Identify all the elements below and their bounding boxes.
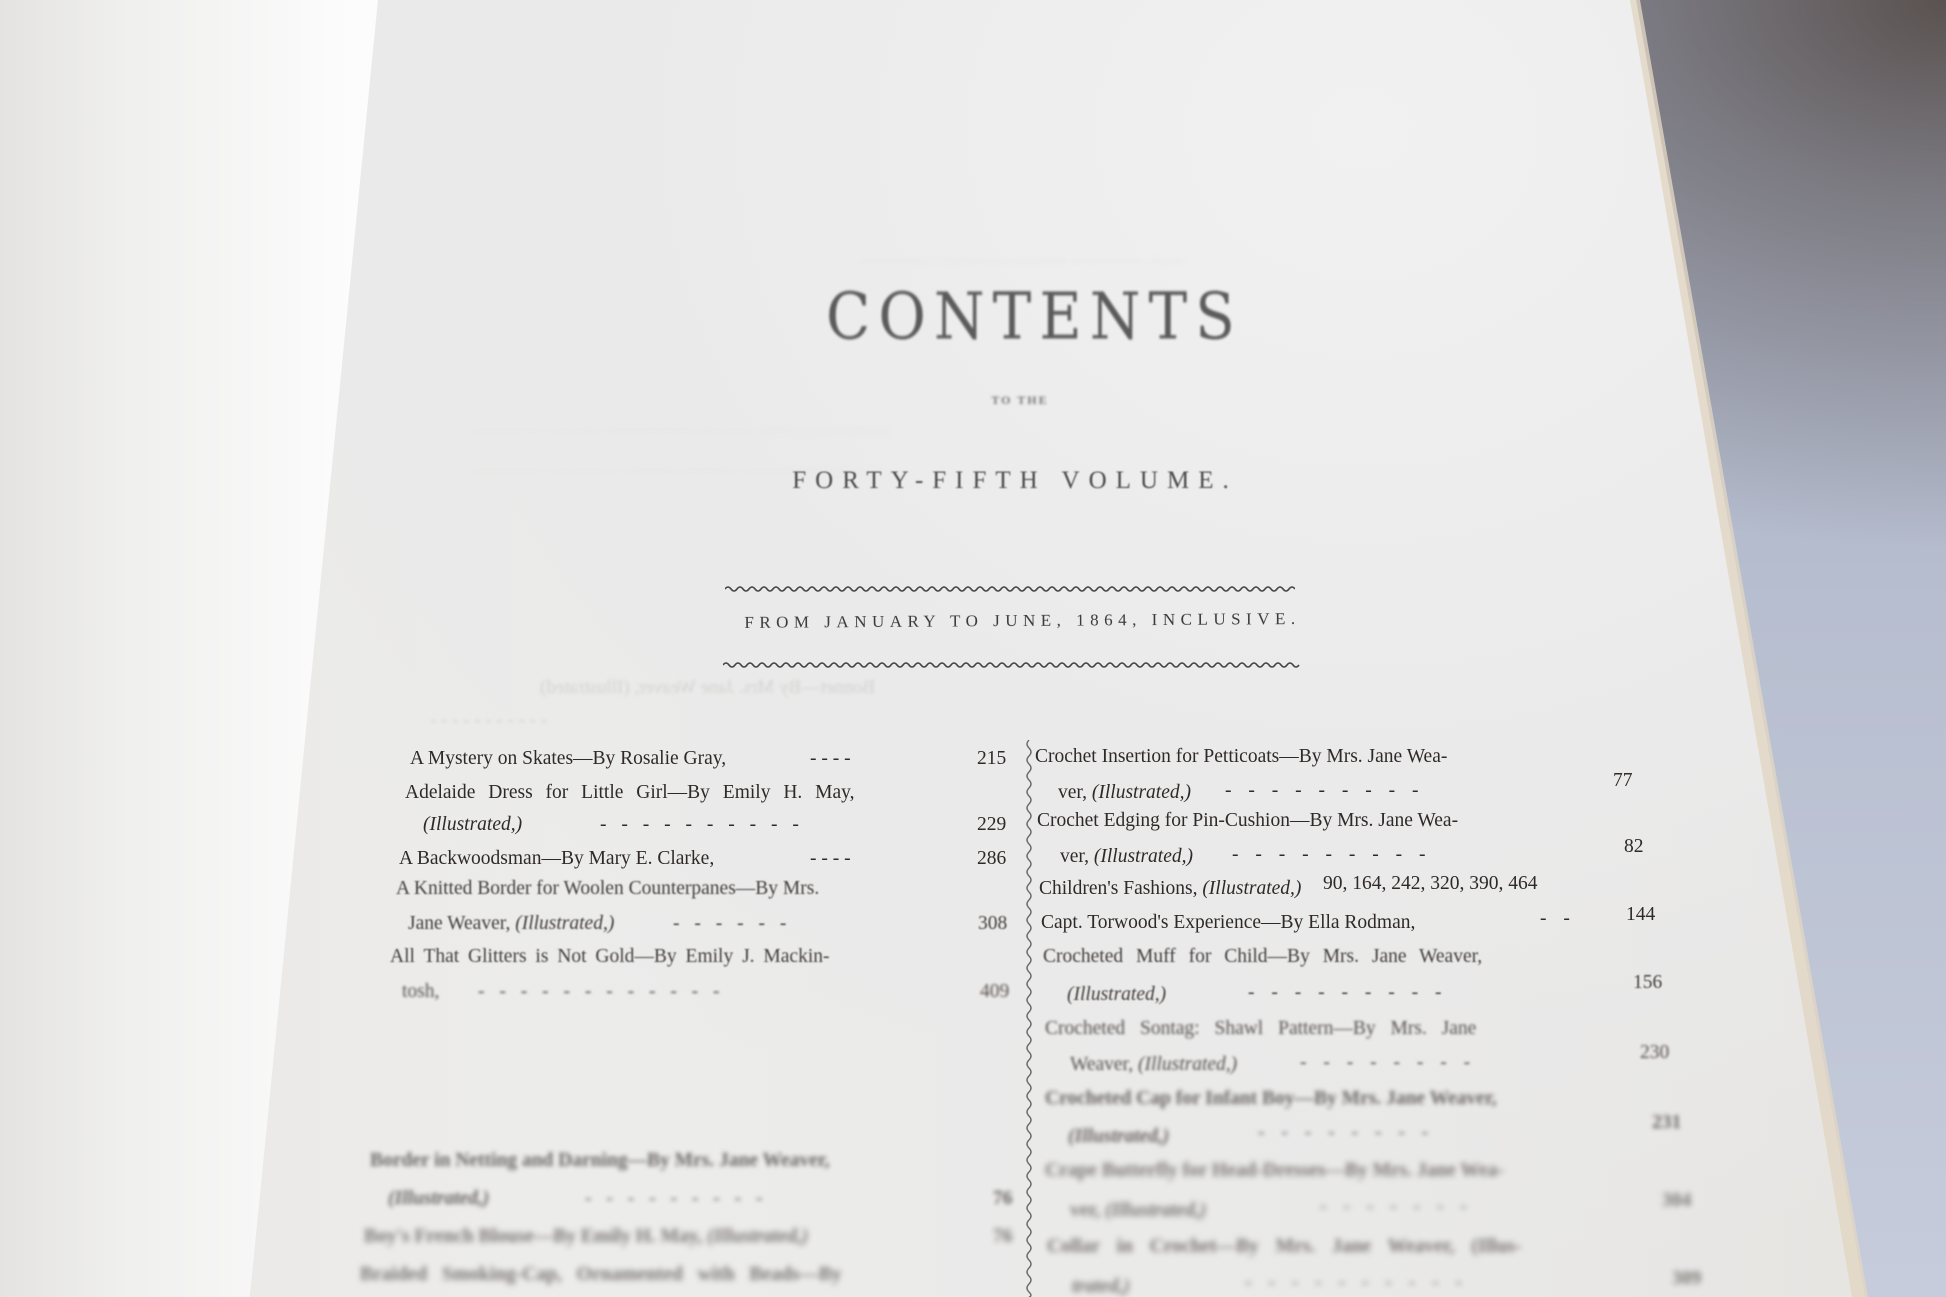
toc-entry: Crocheted Muff for Child—By Mrs. Jane We… — [1043, 946, 1482, 968]
entry-continuation: ver, (Illustrated,) — [1070, 1200, 1206, 1222]
leader-dots: - - - - - - - - — [1300, 1052, 1470, 1074]
subtitle-to-the: TO THE — [960, 393, 1080, 408]
entry-title: All That Glitters is Not Gold—By Emily J… — [390, 946, 830, 967]
entry-continuation: tosh, — [402, 981, 439, 1003]
show-through-text: - - - - - - - - - - - — [430, 710, 547, 732]
entry-author: Weaver, — [1070, 1054, 1138, 1075]
page-number: 215 — [977, 748, 1006, 770]
page-number: 144 — [1626, 904, 1655, 926]
leader-dots: - - - - - - - - - — [1248, 982, 1441, 1004]
toc-entry: Boy's French Blouse—By Emily H. May, (Il… — [364, 1226, 808, 1248]
entry-title: Braided Smoking-Cap, Ornamented with Bea… — [360, 1264, 842, 1285]
page-number: 230 — [1640, 1042, 1669, 1064]
toc-entry: Crape Butterfly for Head-Dresses—By Mrs.… — [1045, 1160, 1504, 1182]
toc-entry: Braided Smoking-Cap, Ornamented with Bea… — [360, 1264, 842, 1286]
page-number: 286 — [977, 848, 1006, 870]
toc-entry: Border in Netting and Darning—By Mrs. Ja… — [370, 1150, 830, 1172]
entry-title: Crocheted Sontag: Shawl Pattern—By Mrs. … — [1045, 1018, 1476, 1039]
book-photo: ———— ———— ——— ———— —— ———— ——— ————— ———… — [0, 0, 1946, 1297]
toc-entry: Adelaide Dress for Little Girl—By Emily … — [405, 782, 855, 804]
entry-author: ver, — [1060, 846, 1094, 867]
wavy-rule-top — [725, 585, 1295, 593]
leader-dots: - - - - - - - - — [1258, 1122, 1428, 1144]
wavy-rule-bottom — [723, 661, 1301, 669]
page-number: 309 — [1672, 1268, 1701, 1290]
illustrated-note: (Illustrated,) — [515, 913, 614, 934]
entry-title: Crocheted Muff for Child—By Mrs. Jane We… — [1043, 946, 1482, 967]
toc-entry: Crocheted Sontag: Shawl Pattern—By Mrs. … — [1045, 1018, 1476, 1040]
illustrated-note: (Illustrated,) — [1202, 878, 1301, 899]
toc-entry: Capt. Torwood's Experience—By Ella Rodma… — [1041, 912, 1415, 934]
entry-title: A Knitted Border for Woolen Counterpanes… — [396, 878, 819, 899]
toc-entry: Crochet Edging for Pin-Cushion—By Mrs. J… — [1037, 810, 1458, 832]
illustrated-note: (Illustrated,) — [423, 814, 522, 836]
entry-title: A Backwoodsman—By Mary E. Clarke, — [399, 848, 714, 869]
entry-title: Crochet Insertion for Petticoats—By Mrs.… — [1035, 746, 1447, 767]
entry-author: ver, — [1058, 782, 1092, 803]
illustrated-note: trated,) — [1072, 1276, 1130, 1297]
toc-entry: Crochet Insertion for Petticoats—By Mrs.… — [1035, 746, 1447, 768]
toc-entry: A Mystery on Skates—By Rosalie Gray, — [410, 748, 726, 770]
page-number: 308 — [978, 913, 1007, 935]
volume-title: FORTY-FIFTH VOLUME. — [725, 467, 1305, 495]
leader-dots: - - — [1540, 908, 1570, 930]
page-number: 76 — [993, 1188, 1013, 1210]
leader-dots: - - - - - - - - - - - - — [478, 981, 720, 1003]
entry-continuation: ver, (Illustrated,) — [1058, 782, 1191, 804]
toc-entry: Crocheted Cap for Infant Boy—By Mrs. Jan… — [1045, 1088, 1497, 1110]
leader-dots: - - - - — [810, 748, 851, 770]
toc-entry: A Knitted Border for Woolen Counterpanes… — [396, 878, 819, 900]
page-number: 409 — [980, 981, 1009, 1003]
page-numbers: 90, 164, 242, 320, 390, 464 — [1323, 873, 1538, 895]
entry-title: Boy's French Blouse—By Emily H. May, — [364, 1226, 707, 1247]
entry-title: A Mystery on Skates—By Rosalie Gray, — [410, 748, 726, 769]
toc-entry: Collar in Crochet—By Mrs. Jane Weaver, (… — [1047, 1236, 1521, 1258]
leader-dots: - - - - - - - - - — [1232, 844, 1425, 866]
page-number: 77 — [1613, 770, 1633, 792]
leader-dots: - - - - - - - - - - — [600, 814, 799, 836]
toc-entry: A Backwoodsman—By Mary E. Clarke, — [399, 848, 714, 870]
entry-title: Border in Netting and Darning—By Mrs. Ja… — [370, 1150, 830, 1171]
entry-continuation: Jane Weaver, (Illustrated,) — [408, 913, 614, 935]
entry-title: Adelaide Dress for Little Girl—By Emily … — [405, 782, 855, 803]
illustrated-note: (Illustrated,) — [1105, 1200, 1206, 1221]
leader-dots: - - - - - - - - - — [585, 1188, 762, 1210]
illustrated-note: (Illustrated,) — [1094, 846, 1193, 867]
illustrated-note: (Illustrated,) — [1092, 782, 1191, 803]
leader-dots: - - - - - - - - - - — [1245, 1272, 1462, 1294]
entry-continuation: Weaver, (Illustrated,) — [1070, 1054, 1237, 1076]
page-title: CONTENTS — [826, 278, 1210, 354]
illustrated-note: (Illustrated,) — [1138, 1054, 1237, 1075]
page-number: 156 — [1633, 972, 1662, 994]
entry-title: Crape Butterfly for Head-Dresses—By Mrs.… — [1045, 1160, 1504, 1181]
entry-author: ver, — [1070, 1200, 1105, 1221]
page-number: 231 — [1652, 1112, 1681, 1134]
illustrated-note: (Illustrated,) — [1067, 984, 1166, 1006]
entry-title: Capt. Torwood's Experience—By Ella Rodma… — [1041, 912, 1415, 933]
toc-entry: Children's Fashions, (Illustrated,) — [1039, 878, 1301, 900]
entry-author: Jane Weaver, — [408, 913, 515, 934]
illustrated-note: (Illustrated,) — [707, 1226, 808, 1247]
leader-dots: - - - - - - - — [1320, 1196, 1467, 1218]
show-through-text: Bonnet—By Mrs. Jane Weaver, (Illustrated… — [540, 677, 875, 699]
entry-title: Children's Fashions, — [1039, 878, 1202, 899]
show-through-text: ———— ———— ——— ———— —— — [860, 250, 1460, 271]
entry-title: Collar in Crochet—By Mrs. Jane Weaver, (… — [1047, 1236, 1521, 1257]
column-divider — [1021, 740, 1037, 1297]
entry-title: Crocheted Cap for Infant Boy—By Mrs. Jan… — [1045, 1088, 1497, 1109]
illustrated-note: (Illustrated,) — [388, 1188, 489, 1210]
entry-continuation: ver, (Illustrated,) — [1060, 846, 1193, 868]
toc-entry: All That Glitters is Not Gold—By Emily J… — [390, 946, 830, 968]
show-through-text: ———— ——— ————— ——— ———— ——— — [470, 420, 889, 441]
page-number: 82 — [1624, 836, 1644, 858]
page-number: 304 — [1662, 1190, 1691, 1212]
leader-dots: - - - - - - - - - — [1225, 780, 1418, 802]
illustrated-note: (Illustrated,) — [1068, 1126, 1169, 1148]
leader-dots: - - - - — [810, 848, 851, 870]
page-number: 229 — [977, 814, 1006, 836]
entry-title: Crochet Edging for Pin-Cushion—By Mrs. J… — [1037, 810, 1458, 831]
page-number: 76 — [993, 1226, 1013, 1248]
leader-dots: - - - - - - — [673, 913, 786, 935]
